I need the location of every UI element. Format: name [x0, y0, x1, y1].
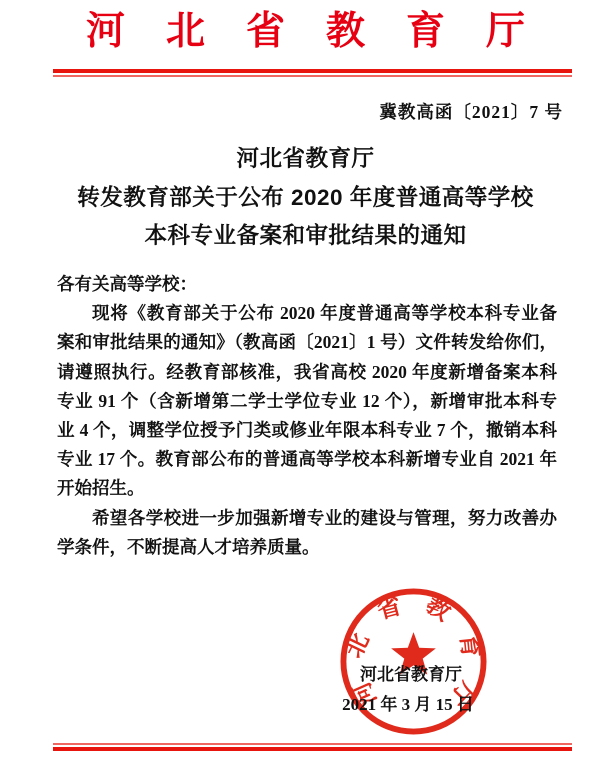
signature-org-name: 河北省教育厅 — [360, 665, 462, 685]
body-line: 请遵照执行。经教育部核准，我省高校 2020 年度新增备案本科 — [57, 358, 557, 387]
body-line: 专业 91 个（含新增第二学士学位专业 12 个），新增审批本科专 — [57, 387, 557, 416]
title-line-2: 转发教育部关于公布 2020 年度普通高等学校 — [0, 179, 611, 218]
body-line: 希望各学校进一步加强新增专业的建设与管理，努力改善办 — [57, 504, 557, 533]
body-line: 专业 17 个。教育部公布的普通高等学校本科新增专业自 2021 年 — [57, 445, 557, 474]
body-line: 开始招生。 — [57, 474, 557, 503]
title-line-1: 河北省教育厅 — [0, 140, 611, 179]
title-line-3: 本科专业备案和审批结果的通知 — [0, 217, 611, 256]
body-line: 业 4 个，调整学位授予门类或修业年限本科专业 7 个，撤销本科 — [57, 416, 557, 445]
issue-date: 2021 年 3 月 15 日 — [342, 695, 474, 715]
divider-thin-line — [53, 743, 572, 745]
document-number: 冀教高函〔2021〕7 号 — [379, 100, 563, 124]
body-line: 案和审批结果的通知》（教高函〔2021〕1 号）文件转发给你们， — [57, 328, 557, 357]
salutation: 各有关高等学校： — [57, 270, 557, 299]
document-body: 各有关高等学校： 现将《教育部关于公布 2020 年度普通高等学校本科专业备 案… — [57, 270, 557, 562]
letterhead-org-name: 河北省教育厅 — [0, 6, 611, 58]
divider-thick-line — [53, 747, 572, 751]
body-line: 现将《教育部关于公布 2020 年度普通高等学校本科专业备 — [57, 299, 557, 328]
footer-divider — [53, 743, 572, 751]
official-document-page: 河北省教育厅 冀教高函〔2021〕7 号 河北省教育厅 转发教育部关于公布 20… — [0, 0, 611, 770]
document-title: 河北省教育厅 转发教育部关于公布 2020 年度普通高等学校 本科专业备案和审批… — [0, 140, 611, 256]
divider-thin-line — [53, 75, 572, 77]
body-line: 学条件，不断提高人才培养质量。 — [57, 533, 557, 562]
letterhead-divider — [53, 69, 572, 77]
